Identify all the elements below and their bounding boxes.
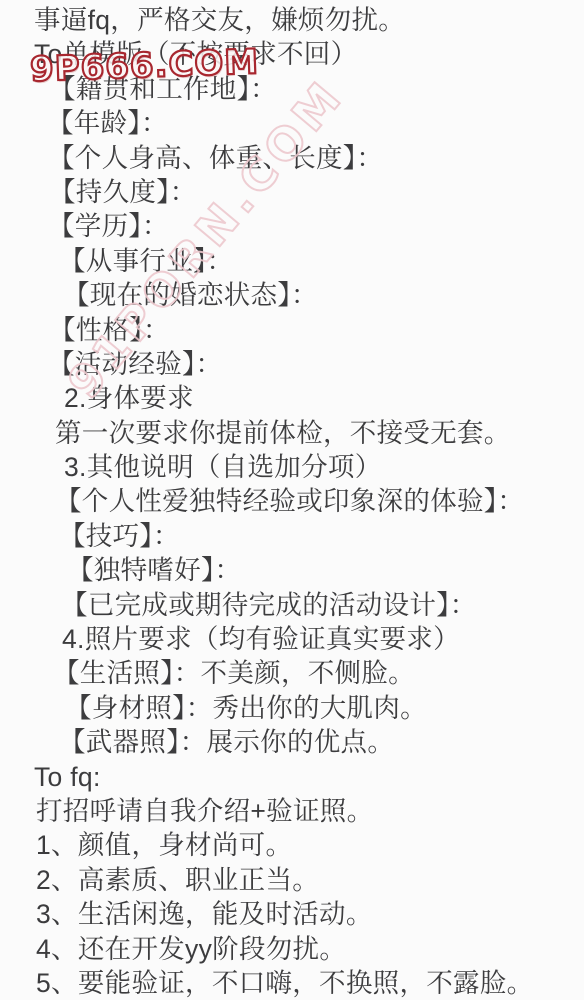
text-line: 【个人性爱独特经验或印象深的体验】： (34, 484, 584, 518)
text-line: To单模版（不按要求不回） (34, 37, 584, 71)
text-line: 【身材照】：秀出你的大肌肉。 (34, 691, 584, 725)
text-line: 【现在的婚恋状态】： (34, 278, 584, 312)
text-line: 【已完成或期待完成的活动设计】： (34, 588, 584, 622)
text-line: 3.其他说明（自选加分项） (34, 450, 584, 484)
text-line: 4.照片要求（均有验证真实要求） (34, 622, 584, 656)
text-line: 【生活照】：不美颜，不侧脸。 (34, 656, 584, 690)
text-line: 打招呼请自我介绍+验证照。 (34, 794, 584, 828)
text-line: To fq: (34, 760, 584, 794)
text-line: 事逼fq，严格交友，嫌烦勿扰。 (34, 3, 584, 37)
document-text-block: 事逼fq，严格交友，嫌烦勿扰。To单模版（不按要求不回）【籍贯和工作地】：【年龄… (34, 3, 584, 1000)
text-line: 2、高素质、职业正当。 (34, 863, 584, 897)
text-line: 【年龄】： (34, 106, 584, 140)
text-line: 第一次要求你提前体检，不接受无套。 (34, 416, 584, 450)
text-line: 【籍贯和工作地】： (34, 72, 584, 106)
text-line: 【独特嗜好】： (34, 553, 584, 587)
text-line: 【活动经验】： (34, 347, 584, 381)
text-line: 1、颜值，身材尚可。 (34, 828, 584, 862)
text-line: 3、生活闲逸，能及时活动。 (34, 897, 584, 931)
text-line: 【技巧】： (34, 519, 584, 553)
text-line: 【学历】： (34, 209, 584, 243)
text-line: 【个人身高、体重、长度】： (34, 141, 584, 175)
text-line: 4、还在开发yy阶段勿扰。 (34, 932, 584, 966)
text-line: 【从事行业】： (34, 244, 584, 278)
text-line: 5、要能验证，不口嗨，不换照，不露脸。 (34, 966, 584, 1000)
text-line: 【性格】： (34, 313, 584, 347)
text-line: 【持久度】： (34, 175, 584, 209)
text-line: 【武器照】：展示你的优点。 (34, 725, 584, 759)
text-line: 2.身体要求 (34, 381, 584, 415)
document-page: 事逼fq，严格交友，嫌烦勿扰。To单模版（不按要求不回）【籍贯和工作地】：【年龄… (0, 0, 584, 1000)
